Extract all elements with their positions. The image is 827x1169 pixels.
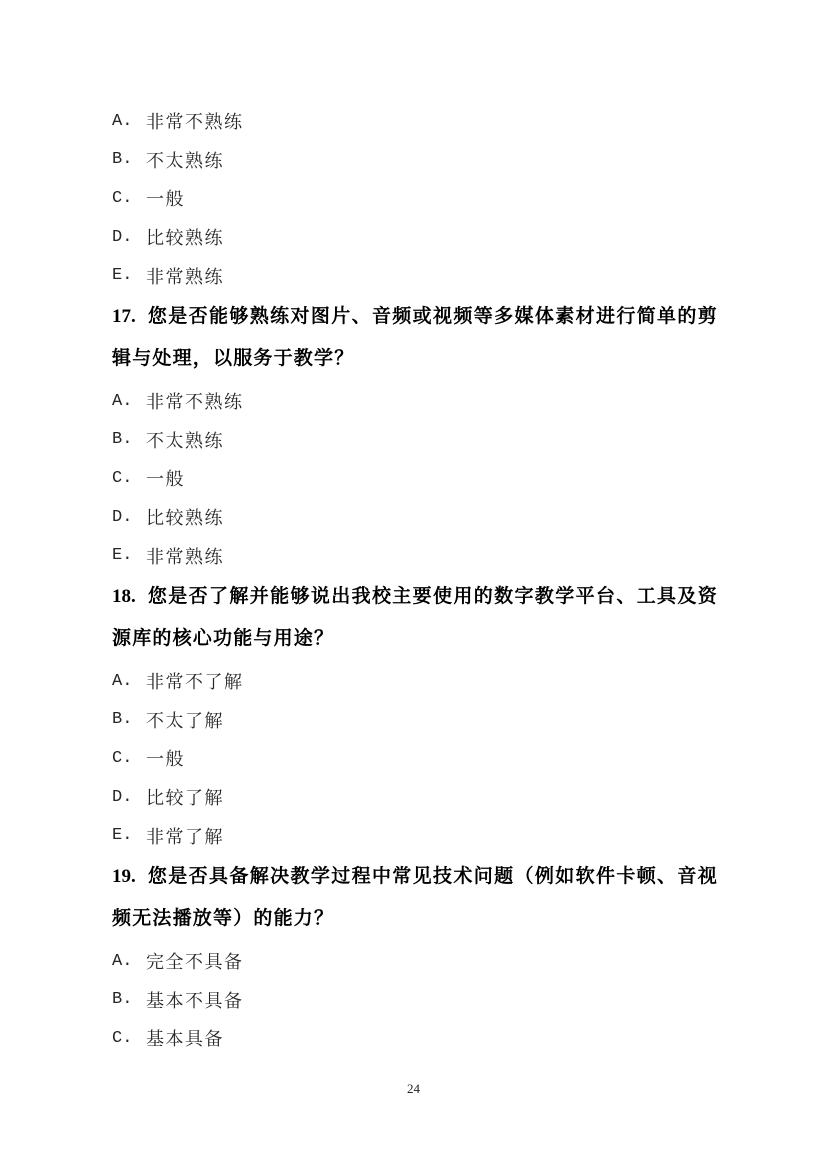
option-text: 非常熟练 (146, 543, 224, 569)
option-row: A. 非常不熟练 (112, 102, 718, 141)
option-letter: C. (112, 469, 146, 488)
option-row: D. 比较熟练 (112, 218, 718, 257)
option-letter: B. (112, 430, 146, 449)
option-letter: D. (112, 508, 146, 527)
option-text: 非常了解 (146, 823, 224, 849)
question-text: 您是否具备解决教学过程中常见技术问题（例如软件卡顿、音视频无法播放等）的能力？ (112, 866, 718, 930)
option-text: 非常不熟练 (146, 388, 244, 414)
option-row: E. 非常熟练 (112, 256, 718, 295)
option-letter: D. (112, 228, 146, 247)
option-row: E. 非常了解 (112, 816, 718, 855)
option-row: A. 非常不了解 (112, 662, 718, 701)
option-text: 不太熟练 (146, 427, 224, 453)
option-text: 不太了解 (146, 707, 224, 733)
question-19: 19.您是否具备解决教学过程中常见技术问题（例如软件卡顿、音视频无法播放等）的能… (112, 856, 718, 941)
option-row: D. 比较了解 (112, 778, 718, 817)
page-content: A. 非常不熟练 B. 不太熟练 C. 一般 D. 比较熟练 E. 非常熟练 1… (112, 102, 718, 1058)
option-letter: C. (112, 1029, 146, 1048)
question-text: 您是否能够熟练对图片、音频或视频等多媒体素材进行简单的剪辑与处理，以服务于教学？ (112, 306, 718, 370)
question-number: 18. (112, 586, 148, 607)
question-text: 您是否了解并能够说出我校主要使用的数字教学平台、工具及资源库的核心功能与用途？ (112, 586, 718, 650)
option-text: 基本具备 (146, 1025, 224, 1051)
option-row: C. 一般 (112, 739, 718, 778)
page-number: 24 (0, 1081, 827, 1097)
option-row: B. 基本不具备 (112, 981, 718, 1020)
option-row: C. 基本具备 (112, 1019, 718, 1058)
option-letter: C. (112, 749, 146, 768)
option-row: A. 完全不具备 (112, 942, 718, 981)
option-row: A. 非常不熟练 (112, 382, 718, 421)
option-text: 一般 (146, 185, 185, 211)
option-row: E. 非常熟练 (112, 536, 718, 575)
option-letter: B. (112, 990, 146, 1009)
option-letter: E. (112, 826, 146, 845)
option-text: 一般 (146, 465, 185, 491)
option-row: C. 一般 (112, 459, 718, 498)
question-number: 19. (112, 866, 148, 887)
option-row: C. 一般 (112, 179, 718, 218)
option-row: D. 比较熟练 (112, 498, 718, 537)
option-letter: B. (112, 710, 146, 729)
question-18: 18.您是否了解并能够说出我校主要使用的数字教学平台、工具及资源库的核心功能与用… (112, 576, 718, 661)
question-number: 17. (112, 306, 148, 327)
option-text: 完全不具备 (146, 948, 244, 974)
option-text: 一般 (146, 745, 185, 771)
document-page: A. 非常不熟练 B. 不太熟练 C. 一般 D. 比较熟练 E. 非常熟练 1… (0, 0, 827, 1169)
question-17: 17.您是否能够熟练对图片、音频或视频等多媒体素材进行简单的剪辑与处理，以服务于… (112, 296, 718, 381)
option-text: 非常不熟练 (146, 108, 244, 134)
option-text: 比较熟练 (146, 224, 224, 250)
option-letter: A. (112, 112, 146, 131)
option-letter: A. (112, 952, 146, 971)
option-letter: C. (112, 189, 146, 208)
option-row: B. 不太熟练 (112, 141, 718, 180)
option-text: 比较熟练 (146, 504, 224, 530)
option-letter: D. (112, 788, 146, 807)
option-letter: E. (112, 546, 146, 565)
option-text: 非常熟练 (146, 263, 224, 289)
option-letter: A. (112, 392, 146, 411)
option-text: 不太熟练 (146, 147, 224, 173)
option-letter: B. (112, 150, 146, 169)
option-text: 基本不具备 (146, 987, 244, 1013)
option-text: 比较了解 (146, 784, 224, 810)
option-letter: E. (112, 266, 146, 285)
option-letter: A. (112, 672, 146, 691)
option-text: 非常不了解 (146, 668, 244, 694)
option-row: B. 不太熟练 (112, 421, 718, 460)
option-row: B. 不太了解 (112, 701, 718, 740)
